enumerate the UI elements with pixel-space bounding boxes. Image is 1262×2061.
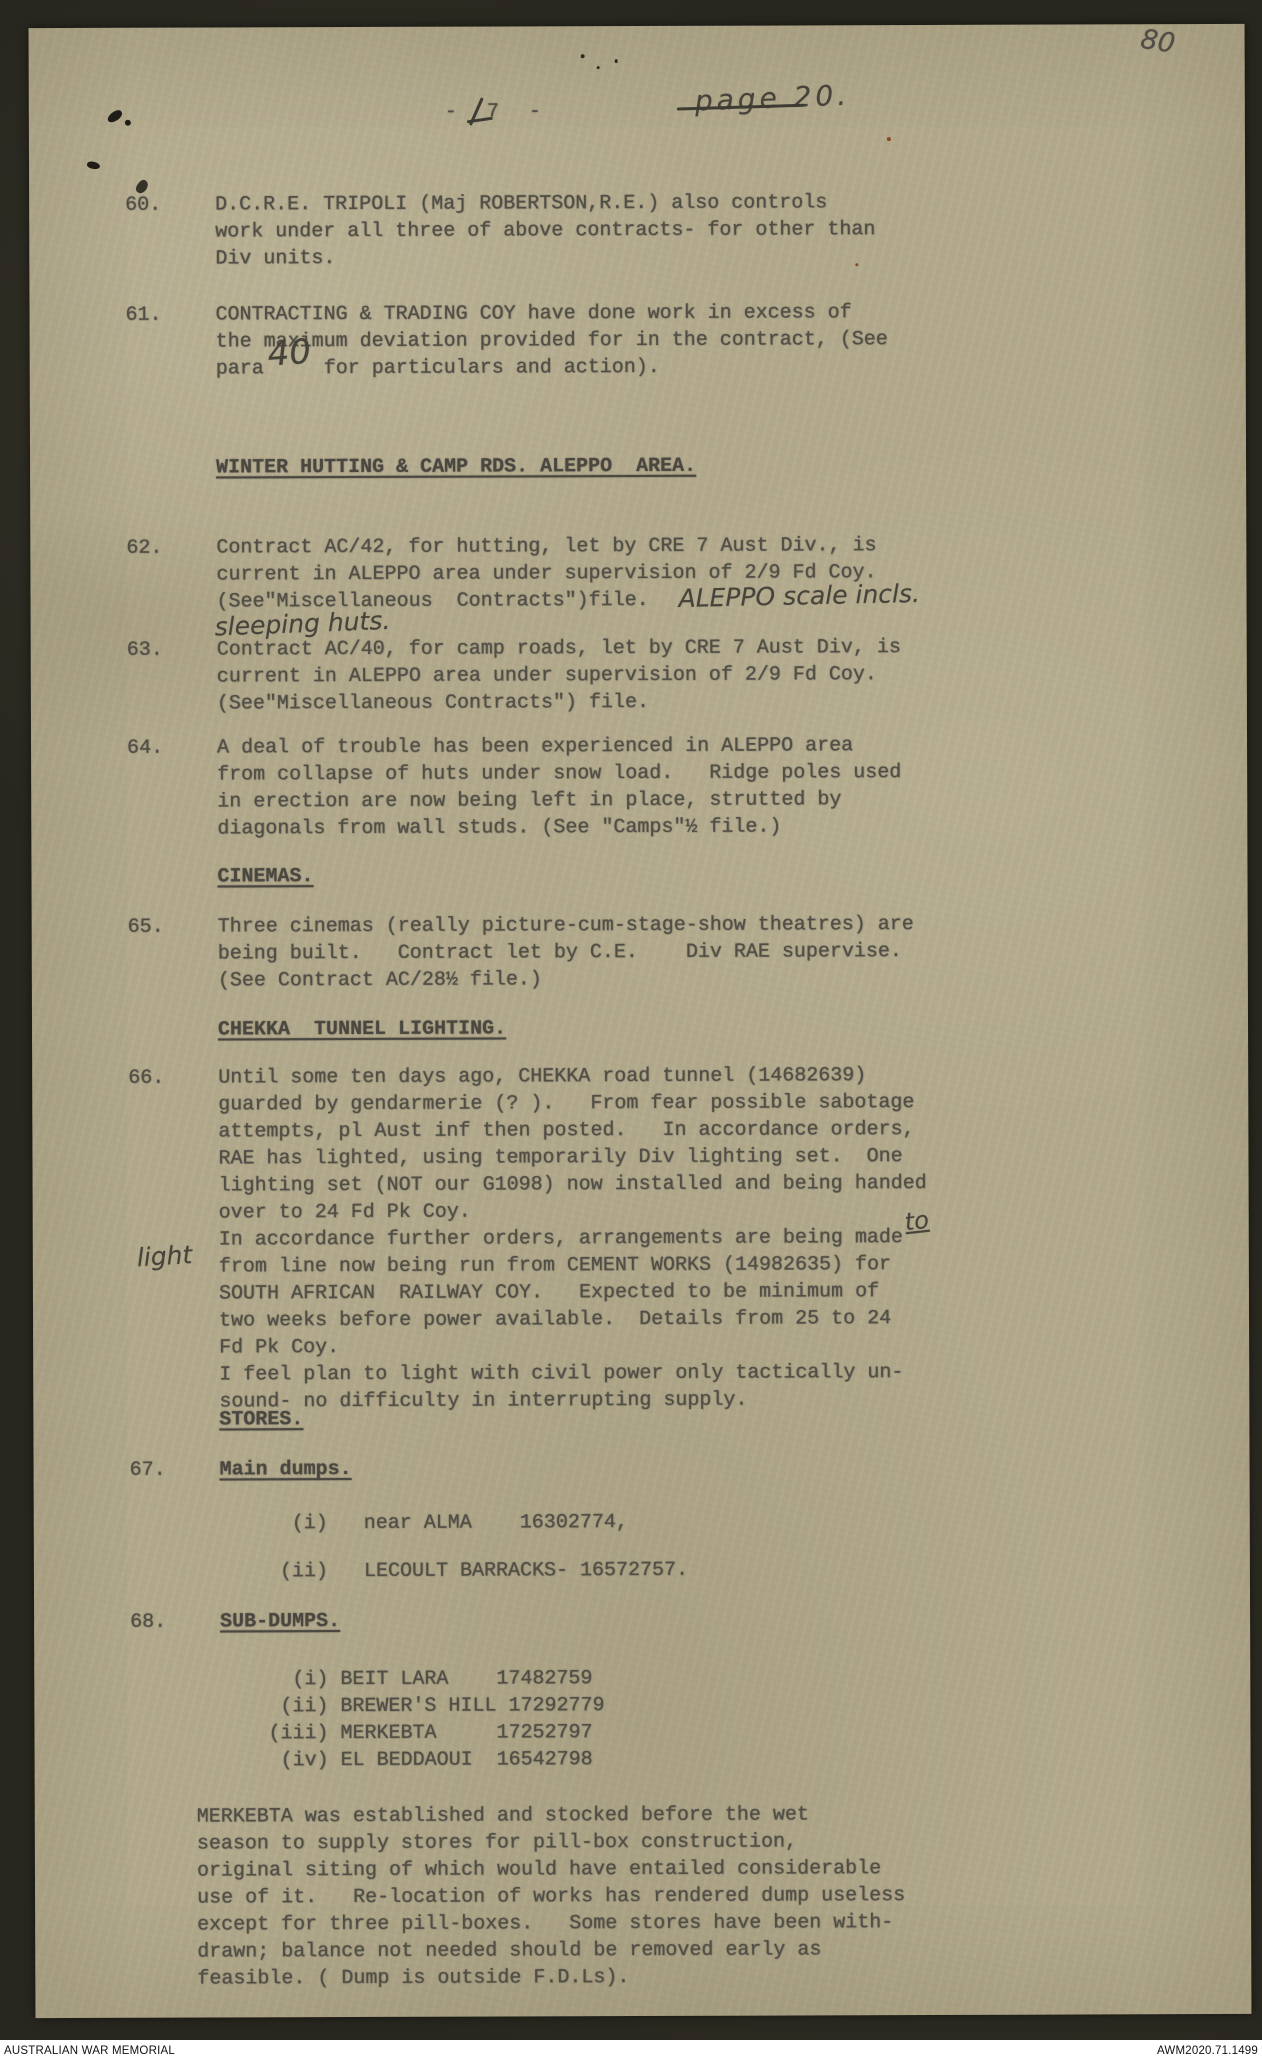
sub-heading: Main dumps.: [220, 1456, 352, 1483]
typed-line: from collapse of huts under snow load. R…: [217, 759, 901, 788]
typed-line: (See Contract AC/28½ file.): [218, 966, 542, 994]
paragraph-number: 66.: [128, 1065, 164, 1092]
ink-blot: [106, 108, 124, 124]
list-item: (iii) MERKEBTA 17252797: [268, 1719, 592, 1747]
typed-line: attempts, pl Aust inf then posted. In ac…: [218, 1116, 914, 1145]
typed-line: lighting set (NOT our G1098) now install…: [219, 1170, 927, 1199]
typed-page-number: - 7 -: [445, 98, 543, 125]
typed-line: I feel plan to light with civil power on…: [219, 1359, 903, 1388]
paragraph-number: 61.: [125, 302, 161, 329]
section-heading: WINTER HUTTING & CAMP RDS. ALEPPO AREA.: [216, 453, 696, 482]
typed-line: feasible. ( Dump is outside F.D.Ls).: [197, 1964, 629, 1993]
typed-line: Until some ten days ago, CHEKKA road tun…: [218, 1062, 866, 1091]
typed-line: diagonals from wall studs. (See "Camps"½…: [217, 814, 781, 843]
list-item: (ii) BREWER'S HILL 17292779: [268, 1692, 604, 1720]
handwritten-annotation: light: [136, 1240, 193, 1272]
list-item: (ii) LECOULT BARRACKS- 16572757.: [268, 1557, 688, 1585]
paragraph-number: 62.: [126, 535, 162, 562]
typed-line: over to 24 Fd Pk Coy.: [219, 1199, 471, 1227]
ink-blot: [125, 120, 131, 126]
typed-line: A deal of trouble has been experienced i…: [217, 732, 853, 761]
list-item: (iv) EL BEDDAOUI 16542798: [269, 1746, 593, 1774]
typed-line: CONTRACTING & TRADING COY have done work…: [215, 299, 851, 328]
archive-name: AUSTRALIAN WAR MEMORIAL: [4, 2044, 175, 2057]
typed-line: Fd Pk Coy.: [219, 1334, 339, 1361]
ink-speck: [581, 54, 585, 58]
paragraph-number: 64.: [127, 735, 163, 762]
typed-line: Div units.: [215, 245, 335, 272]
typed-line: drawn; balance not needed should be remo…: [197, 1936, 821, 1965]
typed-line: Three cinemas (really picture-cum-stage-…: [218, 911, 914, 940]
typed-line: season to supply stores for pill-box con…: [197, 1828, 797, 1857]
handwritten-annotation: ALEPPO scale incls.: [678, 579, 920, 613]
ink-blot: [86, 160, 100, 170]
paragraph-number: 65.: [128, 914, 164, 941]
handwritten-para-ref: 40: [266, 332, 312, 375]
paper-sheet: 80 - 7 - page 20. 60. D.C.R.E. TRIPOLI (…: [29, 24, 1252, 2018]
typed-line: In accordance further orders, arrangemen…: [219, 1224, 903, 1253]
typed-line: from line now being run from CEMENT WORK…: [219, 1251, 891, 1280]
sub-heading: SUB-DUMPS.: [220, 1608, 340, 1635]
scanned-document-page: { "doc": { "corner_mark": "80", "header"…: [0, 0, 1262, 2061]
typed-line: guarded by gendarmerie (? ). From fear p…: [218, 1089, 914, 1118]
typed-line: (See"Miscellaneous Contracts") file.: [217, 689, 649, 718]
typed-line: work under all three of above contracts-…: [215, 216, 875, 245]
rust-speck: [855, 263, 858, 266]
typed-line: two weeks before power available. Detail…: [219, 1305, 891, 1334]
typed-line: MERKEBTA was established and stocked bef…: [197, 1801, 809, 1830]
section-heading: CHEKKA TUNNEL LIGHTING.: [218, 1015, 506, 1043]
typed-line: Contract AC/40, for camp roads, let by C…: [217, 634, 901, 663]
typed-line: in erection are now being left in place,…: [217, 786, 841, 815]
section-heading: CINEMAS.: [217, 863, 313, 890]
paragraph-number: 67.: [130, 1457, 166, 1484]
handwritten-annotation: to: [903, 1206, 930, 1236]
typed-line: current in ALEPPO area under supervision…: [217, 661, 877, 690]
typed-line: use of it. Re-location of works has rend…: [197, 1882, 905, 1911]
typed-line: RAE has lighted, using temporarily Div l…: [218, 1143, 902, 1172]
typed-line: Contract AC/42, for hutting, let by CRE …: [216, 532, 876, 561]
list-item: (i) BEIT LARA 17482759: [268, 1665, 592, 1693]
rust-speck: [887, 137, 891, 141]
typed-line: except for three pill-boxes. Some stores…: [197, 1909, 893, 1938]
archive-id: AWM2020.71.1499: [1157, 2044, 1258, 2057]
typed-line: the maximum deviation provided for in th…: [216, 326, 888, 355]
ink-speck: [615, 59, 618, 63]
corner-page-mark: 80: [1138, 24, 1177, 60]
paragraph-number: 63.: [127, 637, 163, 664]
paragraph-number: 60.: [125, 192, 161, 219]
typed-line: original siting of which would have enta…: [197, 1855, 881, 1884]
typed-line: SOUTH AFRICAN RAILWAY COY. Expected to b…: [219, 1278, 879, 1307]
typed-line: D.C.R.E. TRIPOLI (Maj ROBERTSON,R.E.) al…: [215, 189, 827, 218]
archive-footer: AUSTRALIAN WAR MEMORIAL AWM2020.71.1499: [0, 2040, 1262, 2061]
handwritten-page-number: page 20.: [694, 79, 851, 118]
list-item: (i) near ALMA 16302774,: [268, 1509, 628, 1537]
ink-speck: [597, 66, 600, 69]
paragraph-number: 68.: [130, 1609, 166, 1636]
section-heading: STORES.: [219, 1406, 303, 1433]
typed-line: being built. Contract let by C.E. Div RA…: [218, 938, 902, 967]
